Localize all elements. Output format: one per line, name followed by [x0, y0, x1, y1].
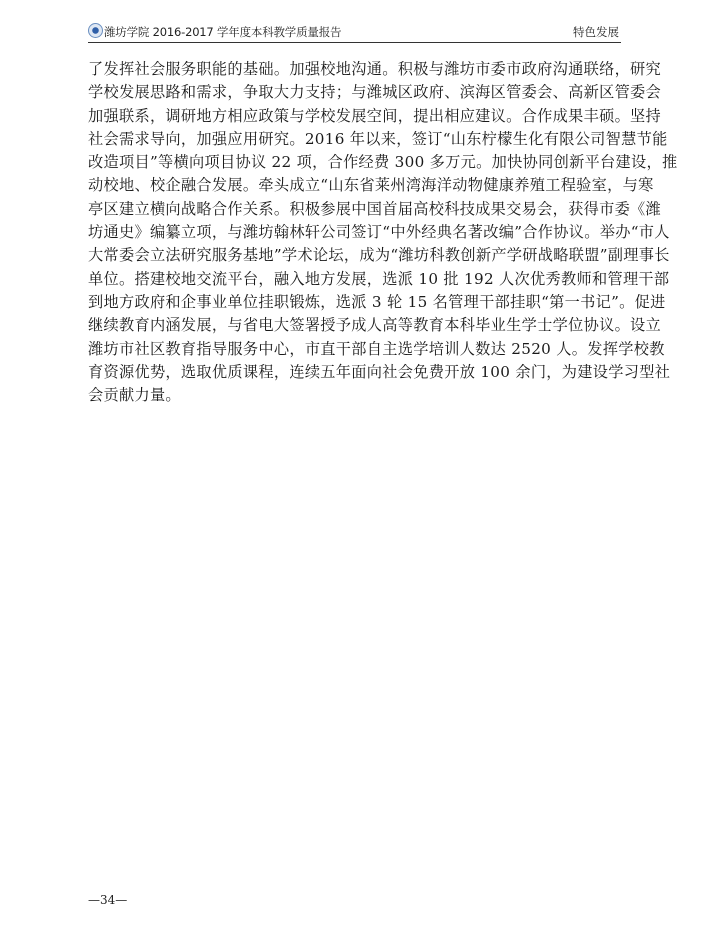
university-emblem-icon [88, 23, 103, 38]
text-line: 育资源优势，选取优质课程，连续五年面向社会免费开放 100 余门，为建设学习型社 [88, 361, 624, 384]
text-line: 单位。搭建校地交流平台，融入地方发展，选派 10 批 192 人次优秀教师和管理… [88, 268, 624, 291]
text-line: 动校地、校企融合发展。牵头成立“山东省莱州湾海洋动物健康养殖工程验室，与寒 [88, 174, 624, 197]
page-number: —34— [88, 893, 127, 907]
text-line: 了发挥社会服务职能的基础。加强校地沟通。积极与潍坊市委市政府沟通联络，研究 [88, 58, 624, 81]
text-line: 坊通史》编纂立项，与潍坊翰林轩公司签订“中外经典名著改编”合作协议。举办“市人 [88, 221, 624, 244]
text-line: 亭区建立横向战略合作关系。积极参展中国首届高校科技成果交易会，获得市委《潍 [88, 198, 624, 221]
section-title: 特色发展 [573, 24, 619, 40]
report-title: 潍坊学院 2016-2017 学年度本科教学质量报告 [104, 24, 341, 40]
text-line: 改造项目”等横向项目协议 22 项，合作经费 300 多万元。加快协同创新平台建… [88, 151, 624, 174]
text-line: 大常委会立法研究服务基地”学术论坛，成为“潍坊科教创新产学研战略联盟”副理事长 [88, 244, 624, 267]
body-paragraph: 了发挥社会服务职能的基础。加强校地沟通。积极与潍坊市委市政府沟通联络，研究 学校… [88, 58, 624, 407]
text-line: 学校发展思路和需求，争取大力支持；与潍城区政府、滨海区管委会、高新区管委会 [88, 81, 624, 104]
header-left: 潍坊学院 2016-2017 学年度本科教学质量报告 [88, 22, 341, 42]
text-line: 潍坊市社区教育指导服务中心，市直干部自主选学培训人数达 2520 人。发挥学校教 [88, 338, 624, 361]
text-line: 到地方政府和企事业单位挂职锻炼，选派 3 轮 15 名管理干部挂职“第一书记”。… [88, 291, 624, 314]
text-line: 继续教育内涵发展，与省电大签署授予成人高等教育本科毕业生学士学位协议。设立 [88, 314, 624, 337]
text-line: 会贡献力量。 [88, 384, 624, 407]
page-header: 潍坊学院 2016-2017 学年度本科教学质量报告 特色发展 [88, 22, 621, 43]
text-line: 加强联系，调研地方相应政策与学校发展空间，提出相应建议。合作成果丰硕。坚持 [88, 105, 624, 128]
text-line: 社会需求导向，加强应用研究。2016 年以来，签订“山东柠檬生化有限公司智慧节能 [88, 128, 624, 151]
